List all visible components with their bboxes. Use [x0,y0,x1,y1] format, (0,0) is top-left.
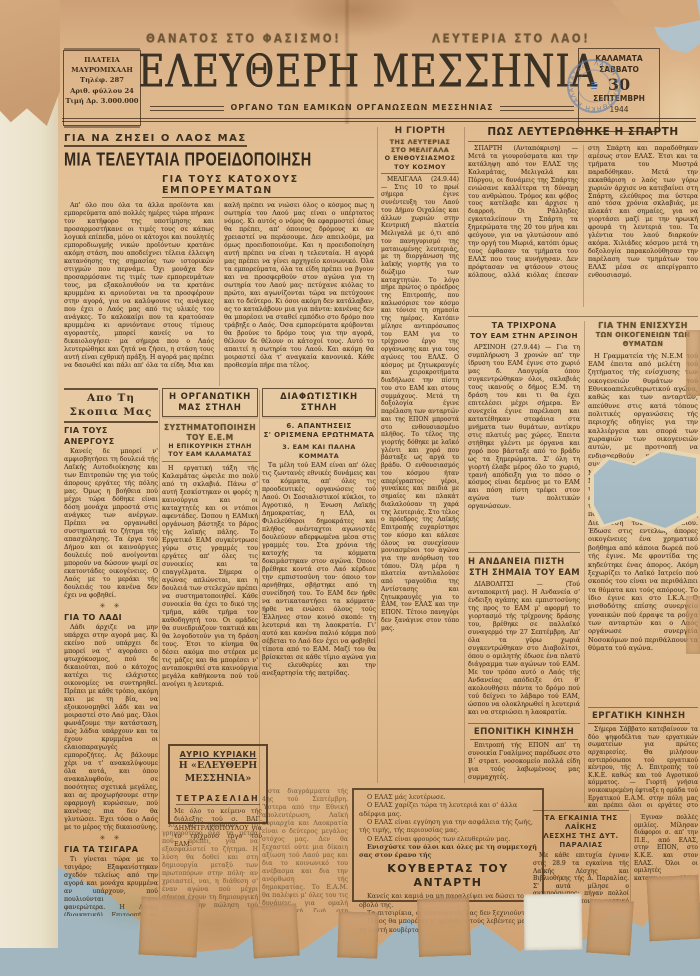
blanket-drive-title: ΚΟΥΒΕΡΤΑΣ ΤΟΥ ΑΝΤΑΡΤΗ [359,862,537,891]
arsinoi-title: ΤΑ ΤΡΙΧΡΟΝΑ [468,321,580,331]
speeches-body-text: Έγιναν πολλές ομιλίες. Μίλησαν διάφοροι … [634,814,698,882]
epon-title: ΕΠΟΝΙΤΙΚΗ ΚΙΝΗΣΗ [470,727,578,740]
tape-fragment [586,899,634,956]
newspaper-title: ΕΛΕΥΘΕΡΗ ΜΕΣΣΗΝΙΑ [138,50,590,86]
info-line: Τηλέφ. 287 [65,75,139,85]
epon-news: ΕΠΟΝΙΤΙΚΗ ΚΙΝΗΣΗ Επιτροπή τής ΕΠΟΝ απ' τ… [468,727,580,785]
stamp-emblem: ≣ [590,82,598,92]
info-line: ΠΛΑΤΕΙΑ [65,55,139,65]
enlightenment-subhead2: Σ' ΟΡΙΣΜΕΝΑ ΕΡΩΤΗΜΑΤΑ [262,431,376,440]
tape-fragment [646,875,700,942]
section-divider [588,707,698,708]
tape-fragment [686,330,700,396]
torn-hole [594,452,696,528]
white-paper-patch [524,893,583,950]
enlightenment-body-text: Τα μέλη τού ΕΑΜ είναι απ' όλες τις ζωντα… [262,462,376,678]
column3-continuation: στα διαγράμματα τής 4ης τού Σεπτέμβρη. Ύ… [262,788,348,912]
slogan-right: ΛΕΥΤΕΡΙΑ ΣΤΟ ΛΑΟ! [432,33,590,46]
star-separator: ✳ ✳ [64,602,158,610]
newspaper-subtitle: ΟΡΓΑΝΟ ΤΩΝ ΕΑΜΙΚΩΝ ΟΡΓΑΝΩΣΕΩΝ ΜΕΣΣΗΝΙΑΣ [230,104,493,112]
info-line: ΜΑΥΡΟΜΙΧΑΛΗ [65,65,139,75]
lead-subhead: ΓΙΑ ΤΟΥΣ ΚΑΤΟΧΟΥΣ ΕΜΠΟΡΕΥΜΑΤΩΝ [162,174,374,199]
arsinoi-title2: ΤΟΥ ΕΑΜ ΣΤΗΝ ΑΡΣΙΝΟΗ [468,331,580,340]
lead-kicker: ΓΙΑ ΝΑ ΖΗΣΕΙ Ο ΛΑΟΣ ΜΑΣ [64,133,247,147]
tomorrow-line1: ΑΥΡΙΟ ΚΥΡΙΑΚΗ [174,749,262,760]
tape-fragment [417,897,471,957]
andania-title: Η ΑΝΔΑΝΕΙΑ ΠΙΣΤΗ [468,556,580,567]
club-opening-article: ΤΑ ΕΓΚΑΙΝΙΑ ΤΗΣ ΛΑΪΚΗΣ ΛΕΣΧΗΣ ΤΗΣ ΔΥΤ. Π… [533,814,629,906]
tape-fragment [139,897,200,958]
arsinoi-article: ΤΑ ΤΡΙΧΡΟΝΑ ΤΟΥ ΕΑΜ ΣΤΗΝ ΑΡΣΙΝΟΗ ΑΡΣΙΝΟΗ… [468,321,580,549]
labour-title: ΕΡΓΑΤΙΚΗ ΚΙΝΗΣΗ [588,711,690,724]
tape-fragment [250,903,300,958]
tape-fragment [686,596,700,654]
info-line: Αριθ. φύλλου 24 [65,86,139,96]
notice-line: Ο ΕΛΑΣ είναι εγγύηση για την ασφάλεια τή… [359,818,537,835]
organisation-column: Η ΟΡΓΑΝΩΤΙΚΗ ΜΑΣ ΣΤΗΛΗ ΣΥΣΤΗΜΑΤΟΠΟΙΗΣΗ Τ… [162,388,258,740]
lead-article: ΓΙΑ ΝΑ ΖΗΣΕΙ Ο ΛΑΟΣ ΜΑΣ ΜΙΑ ΤΕΛΕΥΤΑΙΑ ΠΡ… [64,126,374,386]
andania-body-text: ΔΙΑΒΟΛΙΤΣΙ — (Τού ανταποκριτή μας). Η Αν… [468,581,580,717]
viewpoint-column: Απο Τη Σκοπια Μας ΓΙΑ ΤΟΥΣ ΑΝΕΡΓΟΥΣ Κανε… [64,388,158,916]
epon-body-text: Επιτροπή τής ΕΠΟΝ απ' τη συνοικία Γυαλίμ… [468,742,580,782]
tomorrow-line2: Η «ΕΛΕΥΘΕΡΗ ΜΕΣΣΗΝΙΑ» [174,760,262,786]
organisation-subhead: ΣΥΣΤΗΜΑΤΟΠΟΙΗΣΗ ΤΟΥ Ε.Ε.Μ [162,423,258,443]
notice-line: Ενισχύστε τον όλοι και όλες με τη συμμετ… [359,843,537,860]
meligala-article: Η ΓΙΟΡΤΗ ΤΗΣ ΛΕΥΤΕΡΙΑΣ ΣΤΟ ΜΕΛΙΓΑΛΑ Ο ΕΝ… [381,126,459,784]
blanket-drive-notice: Ο ΕΛΑΣ μάς λευτέρωσε. Ο ΕΛΑΣ χαρίζει τώρ… [352,788,544,902]
column3-body-text: στα διαγράμματα τής 4ης τού Σεπτέμβρη. Ύ… [262,788,348,912]
labour-body-text: Σήμερα Σάββατο κατεβαίνουν τα δύο ψηφοδέ… [588,726,698,809]
column-rule [259,390,260,904]
sparta-headline: ΠΩΣ ΛΕΥΤΕΡΩΘΗΚΕ Η ΣΠΑΡΤΗ [468,126,698,142]
column-rule [377,127,378,783]
viewpoint-sec2-body: Λάδι άρχιζε να μην υπάρχει στην αγορά μα… [64,624,158,832]
meligala-title: Η ΓΙΟΡΤΗ [381,126,459,138]
enlightenment-item-head: 3. ΕΑΜ ΚΑΙ ΠΑΛΗΑ ΚΟΜΜΑΤΑ [262,443,376,460]
organisation-box-title: Η ΟΡΓΑΝΩΤΙΚΗ ΜΑΣ ΣΤΗΛΗ [162,388,258,417]
torn-corner-fragment [0,0,60,126]
lead-headline: ΜΙΑ ΤΕΛΕΥΤΑΙΑ ΠΡΟΕΙΔΟΠΟΙΗΣΗ [64,150,374,172]
column-rule [584,321,585,803]
rule-left [150,106,224,111]
club-title2: ΛΕΣΧΗΣ ΤΗΣ ΔΥΤ. ΠΑΡΑΛΙΑΣ [533,832,629,850]
section-divider [468,723,580,724]
viewpoint-sec2-head: ΓΙΑ ΤΟ ΛΑΔΙ [64,613,158,623]
tape-fragment [337,911,379,958]
notice-line: Ο ΕΛΑΣ χαρίζει τώρα τη λευτεριά και σ' ά… [359,801,537,818]
enlightenment-subhead: 6. ΑΠΑΝΤΗΣΕΙΣ [262,422,376,431]
address-info-box: ΠΛΑΤΕΙΑ ΜΑΥΡΟΜΙΧΑΛΗ Τηλέφ. 287 Αριθ. φύλ… [63,50,141,126]
viewpoint-box-title: Απο Τη Σκοπια Μας [64,388,158,423]
slogan-left: ΘΑΝΑΤΟΣ ΣΤΟ ΦΑΣΙΣΜΟ! [146,33,341,46]
aid-title: ΓΙΑ ΤΗΝ ΕΝΙΣΧΥΣΗ [588,321,698,331]
viewpoint-sec3-head: ΓΙΑ ΤΑ ΤΣΙΓΑΡΑ [64,845,158,855]
andania-title2: ΣΤΗ ΣΗΜΑΙΑ ΤΟΥ ΕΑΜ [468,567,580,578]
backing-paper-strip [0,0,58,948]
club-title: ΤΑ ΕΓΚΑΙΝΙΑ ΤΗΣ ΛΑΪΚΗΣ [533,814,629,832]
meligala-deck: Ο ΕΝΘΟΥΣΙΑΣΜΟΣ ΤΟΥ ΚΟΣΜΟΥ [381,154,459,174]
notice-line: Ο ΕΛΑΣ είναι φρουρός των ελευθεριών μας. [359,835,537,843]
star-separator: ✳ ✳ [64,834,158,842]
column-rule [464,127,465,783]
viewpoint-sec1-body: Κανείς δε μπορεί ν' αμφισβητήσει τη δουλ… [64,448,158,600]
lead-body-text: Απ' όλο που όλα τα άλλα προϊόντα και εμπ… [64,202,374,371]
organisation-body-text: Η εργατική τάξη τής Καλαμάτας ώφειλε πιο… [162,465,258,689]
enlightenment-column: ΔΙΑΦΩΤΙΣΤΙΚΗ ΣΤΗΛΗ 6. ΑΠΑΝΤΗΣΕΙΣ Σ' ΟΡΙΣ… [262,388,376,784]
masthead-rule [62,118,696,122]
section-divider [533,810,629,811]
info-line: Τιμή Δρ. 3.000.000 [65,96,139,106]
enlightenment-box-title: ΔΙΑΦΩΤΙΣΤΙΚΗ ΣΤΗΛΗ [262,388,376,417]
column-rule [630,814,631,914]
section-divider [468,316,698,317]
arsinoi-body-text: ΑΡΣΙΝΟΗ (27.9.44) — Για τη συμπλήρωση 3 … [468,344,580,512]
library-stamp-icon: ΛΑΪΚΗ ΒΙΒΛΙΟΘΗΚΗ ΚΑΛΑΜΑΤΑΣ ≣ [566,58,622,114]
viewpoint-sec1-head: ΓΙΑ ΤΟΥΣ ΑΝΕΡΓΟΥΣ [64,426,158,447]
meligala-title2: ΤΗΣ ΛΕΥΤΕΡΙΑΣ ΣΤΟ ΜΕΛΙΓΑΛΑ [381,138,459,155]
tomorrow-notice-box: ΑΥΡΙΟ ΚΥΡΙΑΚΗ Η «ΕΛΕΥΘΕΡΗ ΜΕΣΣΗΝΙΑ» ΤΕΤΡ… [168,744,268,824]
labour-news: ΕΡΓΑΤΙΚΗ ΚΙΝΗΣΗ Σήμερα Σάββατο κατεβαίνο… [588,711,698,809]
tomorrow-line3: ΤΕΤΡΑΣΕΛΙΔΗ [176,793,259,805]
meligala-body-text: ΜΕΛΙΓΑΛΑ (24.9.44) — Στις 10 το πρωί σήμ… [381,176,459,632]
newspaper-subtitle-row: ΟΡΓΑΝΟ ΤΩΝ ΕΑΜΙΚΩΝ ΟΡΓΑΝΩΣΕΩΝ ΜΕΣΣΗΝΙΑΣ [150,104,574,112]
rule-right [500,106,574,111]
column-rule [159,390,160,906]
sparta-article: ΠΩΣ ΛΕΥΤΕΡΩΘΗΚΕ Η ΣΠΑΡΤΗ ΣΠΑΡΤΗ (Ανταπόκ… [468,126,698,316]
section-divider [468,552,580,553]
andania-article: Η ΑΝΔΑΝΕΙΑ ΠΙΣΤΗ ΣΤΗ ΣΗΜΑΙΑ ΤΟΥ ΕΑΜ ΔΙΑΒ… [468,556,580,720]
scanned-newspaper-page: ΠΛΑΤΕΙΑ ΜΑΥΡΟΜΙΧΑΛΗ Τηλέφ. 287 Αριθ. φύλ… [0,0,700,976]
sparta-body-text: ΣΠΑΡΤΗ (Ανταπόκριση) — Μετά τα γιουρούσμ… [468,145,698,282]
organisation-subhead2: Η ΕΠΙΚΟΥΡΙΚΗ ΣΤΗΛΗ ΤΟΥ ΕΑΜ ΚΑΛΑΜΑΤΑΣ [162,443,258,462]
aid-title2: ΤΩΝ ΟΙΚΟΓΕΝΕΙΩΝ ΤΩΝ ΘΥΜΑΤΩΝ [588,331,698,348]
